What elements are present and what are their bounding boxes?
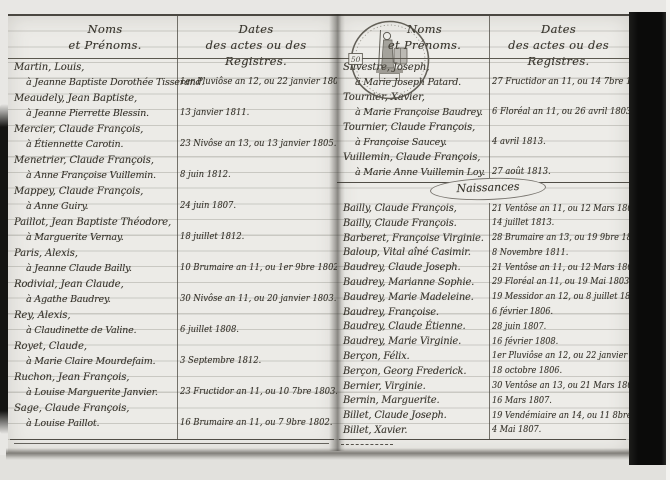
entry-date: 21 Ventôse an 11, ou 12 Mars 1803. [492, 263, 629, 273]
entry-name: Billet, Xavier. [343, 425, 407, 436]
register-entry: Rey, Alexis, à Claudinette de Valine. 6 … [8, 310, 337, 341]
entry-date: 18 juillet 1812. [180, 232, 244, 242]
entry-name: Paris, Alexis, [14, 248, 78, 259]
stamp-value: 50 [351, 55, 361, 64]
birth-entry: Bailly, Claude François, 21 Ventôse an 1… [337, 203, 629, 218]
entry-name: Rey, Alexis, [14, 310, 70, 321]
birth-entry: Baudrey, Marie Madeleine. 19 Messidor an… [337, 292, 629, 307]
entry-name: Sage, Claude François, [14, 403, 129, 414]
entry-name: Baudrey, Marie Madeleine. [343, 292, 474, 303]
entry-name: Baloup, Vital aîné Casimir. [343, 247, 471, 258]
entry-name: Martin, Louis, [14, 62, 84, 73]
entry-date: 4 Mai 1807. [492, 425, 541, 435]
entry-spouse: à Françoise Saucey. [355, 137, 447, 148]
entry-name: Bailly, Claude François. [343, 218, 457, 229]
entry-date: 21 Ventôse an 11, ou 12 Mars 1803. [492, 204, 629, 214]
page-bottom-dashes [341, 444, 393, 445]
birth-entry: Barberet, Françoise Virginie. 28 Brumair… [337, 233, 629, 248]
entry-date: 28 juin 1807. [492, 322, 546, 332]
header-line: et Prénoms. [30, 37, 180, 53]
register-entry: Royet, Claude, à Marie Claire Mourdefaim… [8, 341, 337, 372]
entry-name: Mercier, Claude François, [14, 124, 143, 135]
page-bottom-rule [339, 439, 626, 440]
entry-spouse: à Louise Marguerite Janvier. [26, 387, 158, 398]
birth-entry: Baudrey, Claude Étienne. 28 juin 1807. [337, 321, 629, 336]
entry-date: 16 février 1808. [492, 337, 558, 347]
entry-date: 10 Brumaire an 11, ou 1er 9bre 1802. [180, 263, 337, 273]
register-entry: Menetrier, Claude François, à Anne Franç… [8, 155, 337, 186]
header-line: Noms [30, 21, 180, 37]
birth-entry: Baudrey, Marie Virginie. 16 février 1808… [337, 336, 629, 351]
entry-name: Baudrey, Marie Virginie. [343, 336, 461, 347]
page-bottom-rule [14, 443, 329, 444]
entry-name: Bernin, Marguerite. [343, 395, 439, 406]
birth-entry: Bernin, Marguerite. 16 Mars 1807. [337, 395, 629, 410]
entry-spouse: à Jeanne Pierrette Blessin. [26, 108, 149, 119]
entry-name: Royet, Claude, [14, 341, 87, 352]
entry-name: Bernier, Virginie. [343, 381, 426, 392]
entry-date: 24 juin 1807. [180, 201, 236, 211]
birth-entry: Baudrey, Marianne Sophie. 29 Floréal an … [337, 277, 629, 292]
entry-name: Meaudely, Jean Baptiste, [14, 93, 137, 104]
register-entry: Paillot, Jean Baptiste Théodore, à Margu… [8, 217, 337, 248]
entry-date: 27 août 1813. [492, 167, 551, 177]
entry-date: 14 juillet 1813. [492, 218, 554, 228]
entry-spouse: à Louise Paillot. [26, 418, 99, 429]
entry-name: Billet, Claude Joseph. [343, 410, 447, 421]
header-underline [8, 58, 337, 59]
names-column-header: Noms et Prénoms. [30, 21, 180, 53]
entry-date: 13 janvier 1811. [180, 108, 249, 118]
entry-name: Baudrey, Claude Joseph. [343, 262, 460, 273]
image-right-edge [666, 0, 670, 480]
page-bottom-shadow [6, 448, 630, 460]
register-entry: Meaudely, Jean Baptiste, à Jeanne Pierre… [8, 93, 337, 124]
entry-name: Vuillemin, Claude François, [343, 152, 480, 163]
entry-name: Menetrier, Claude François, [14, 155, 154, 166]
entry-date: 6 juillet 1808. [180, 325, 239, 335]
entry-name: Baudrey, Claude Étienne. [343, 321, 465, 332]
birth-entries: Bailly, Claude François, 21 Ventôse an 1… [337, 203, 629, 440]
register-entry: Rodivial, Jean Claude, à Agathe Baudrey.… [8, 279, 337, 310]
entry-date: 28 Brumaire an 13, ou 19 9bre 1804. [492, 233, 629, 243]
entry-name: Paillot, Jean Baptiste Théodore, [14, 217, 171, 228]
entry-spouse: à Anne Françoise Vuillemin. [26, 170, 156, 181]
register-entry: Mercier, Claude François, à Étiennette C… [8, 124, 337, 155]
register-entry: Mappey, Claude François, à Anne Guiry. 2… [8, 186, 337, 217]
entry-spouse: à Agathe Baudrey. [26, 294, 111, 305]
left-page: Noms et Prénoms. Dates des actes ou des … [8, 14, 337, 453]
birth-entry: Berçon, Félix. 1er Pluviôse an 12, ou 22… [337, 351, 629, 366]
birth-entry: Baudrey, Françoise. 6 février 1806. [337, 307, 629, 322]
entry-name: Rodivial, Jean Claude, [14, 279, 124, 290]
birth-entry: Baudrey, Claude Joseph. 21 Ventôse an 11… [337, 262, 629, 277]
scanned-register-spread: Noms et Prénoms. Dates des actes ou des … [0, 0, 670, 480]
entry-date: 30 Ventôse an 13, ou 21 Mars 1805. [492, 381, 629, 391]
entry-date: 3 Septembre 1812. [180, 356, 261, 366]
entry-name: Mappey, Claude François, [14, 186, 143, 197]
birth-entry: Billet, Claude Joseph. 19 Vendémiaire an… [337, 410, 629, 425]
entry-date: 1er Pluviôse an 12, ou 22 janvier 1804. [492, 351, 629, 361]
entry-date: 16 Brumaire an 11, ou 7 9bre 1802. [180, 418, 332, 428]
header-line: Dates [180, 21, 332, 37]
entry-date: 8 juin 1812. [180, 170, 231, 180]
entry-spouse: à Marie Claire Mourdefaim. [26, 356, 155, 367]
page-bottom-rule [10, 439, 334, 440]
entry-date: 19 Messidor an 12, ou 8 juillet 1804. [492, 292, 629, 302]
entry-date: 19 Vendémiaire an 14, ou 11 8bre 1805. [492, 411, 629, 421]
register-entry: Tournier, Claude François, à Françoise S… [337, 122, 629, 152]
register-entry: Ruchon, Jean François, à Louise Margueri… [8, 372, 337, 403]
register-entry: Sage, Claude François, à Louise Paillot.… [8, 403, 337, 434]
entry-name: Baudrey, Françoise. [343, 307, 439, 318]
birth-entry: Bernier, Virginie. 30 Ventôse an 13, ou … [337, 381, 629, 396]
entry-date: 4 avril 1813. [492, 137, 546, 147]
entry-date: 6 février 1806. [492, 307, 553, 317]
entry-date: 1er Pluviôse an 12, ou 22 janvier 1804. [180, 77, 337, 87]
entry-spouse: à Jeanne Claude Bailly. [26, 263, 132, 274]
register-entry: Paris, Alexis, à Jeanne Claude Bailly. 1… [8, 248, 337, 279]
entry-date: 6 Floréal an 11, ou 26 avril 1803. [492, 107, 629, 117]
entry-date: 30 Nivôse an 11, ou 20 janvier 1803. [180, 294, 336, 304]
register-entry: Martin, Louis, à Jeanne Baptiste Dorothé… [8, 62, 337, 93]
entry-spouse: à Anne Guiry. [26, 201, 88, 212]
entry-name: Ruchon, Jean François, [14, 372, 129, 383]
entry-date: 27 Fructidor an 11, ou 14 7bre 1803. [492, 77, 629, 87]
entry-spouse: à Marguerite Vernay. [26, 232, 124, 243]
entry-name: Tournier, Claude François, [343, 122, 475, 133]
entry-name: Bailly, Claude François, [343, 203, 457, 214]
entry-date: 16 Mars 1807. [492, 396, 552, 406]
entry-name: Berçon, Georg Frederick. [343, 366, 466, 377]
birth-entry: Baloup, Vital aîné Casimir. 8 Novembre 1… [337, 247, 629, 262]
entry-date: 23 Nivôse an 13, ou 13 janvier 1805. [180, 139, 336, 149]
entry-date: 23 Fructidor an 11, ou 10 7bre 1803. [180, 387, 337, 397]
entry-date: 29 Floréal an 11, ou 19 Mai 1803. [492, 277, 629, 287]
entry-spouse: à Jeanne Baptiste Dorothée Tisserand. [26, 77, 204, 88]
birth-entry: Bailly, Claude François. 14 juillet 1813… [337, 218, 629, 233]
header-line: Dates [490, 21, 627, 37]
entry-spouse: à Marie Françoise Baudrey. [355, 107, 483, 118]
scanner-background-right [629, 12, 666, 465]
entry-name: Berçon, Félix. [343, 351, 409, 362]
marriage-entries-left: Martin, Louis, à Jeanne Baptiste Dorothé… [8, 62, 337, 434]
right-page: 50 Noms et Prénoms. Dates des actes ou d… [337, 14, 629, 453]
entry-date: 18 octobre 1806. [492, 366, 562, 376]
entry-name: Barberet, Françoise Virginie. [343, 233, 484, 244]
entry-spouse: à Claudinette de Valine. [26, 325, 136, 336]
birth-entry: Berçon, Georg Frederick. 18 octobre 1806… [337, 366, 629, 381]
entry-spouse: à Marie Anne Vuillemin Loy. [355, 167, 485, 178]
entry-name: Baudrey, Marianne Sophie. [343, 277, 474, 288]
birth-entry: Billet, Xavier. 4 Mai 1807. [337, 425, 629, 440]
entry-date: 8 Novembre 1811. [492, 248, 568, 258]
entry-spouse: à Étiennette Carotin. [26, 139, 123, 150]
revenue-stamp: 50 [347, 17, 432, 102]
